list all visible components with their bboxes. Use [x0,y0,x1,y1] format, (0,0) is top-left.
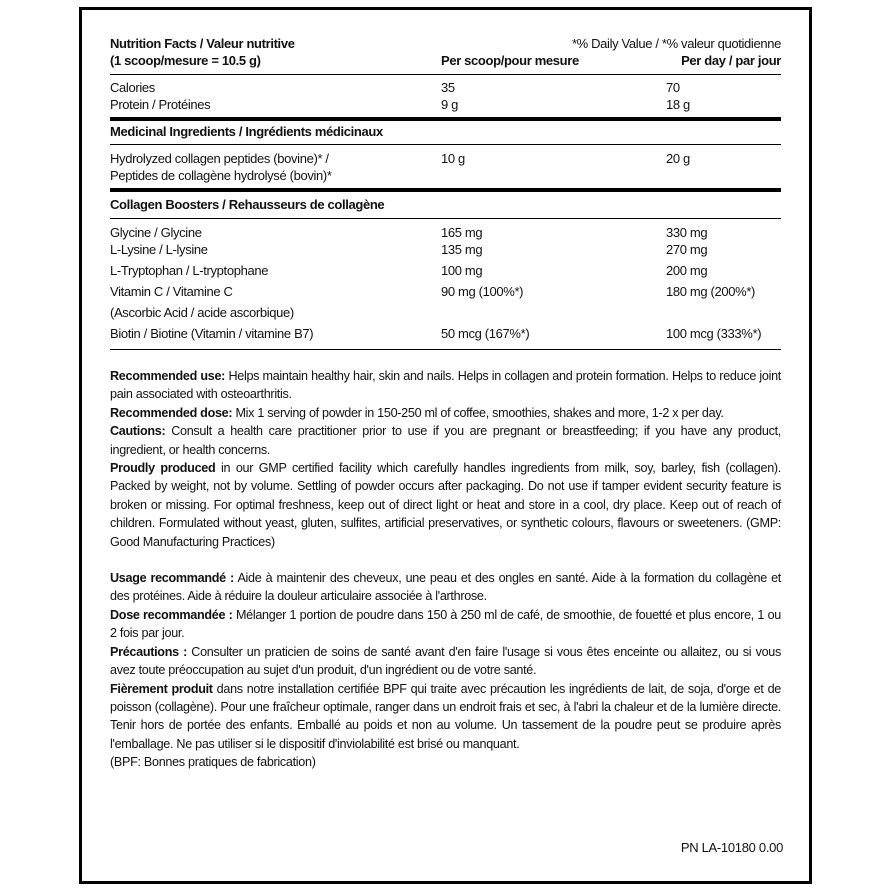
serving-size: (1 scoop/mesure = 10.5 g) [110,52,261,69]
direction-label: Usage recommandé : [110,571,234,585]
french-directions: Usage recommandé : Aide à maintenir des … [110,569,781,771]
table-row: Biotin / Biotine (Vitamin / vitamine B7)… [110,325,781,346]
row-per-day: 70 [666,79,680,96]
direction-text: Consult a health care practitioner prior… [110,424,781,456]
table-row-collagen-fr: Peptides de collagène hydrolysé (bovin)* [110,167,781,184]
section-heading-boosters: Collagen Boosters / Rehausseurs de colla… [110,196,781,213]
direction-paragraph: (BPF: Bonnes pratiques de fabrication) [110,753,781,771]
header-row-1: Nutrition Facts / Valeur nutritive *% Da… [110,35,781,52]
header-row-2: (1 scoop/mesure = 10.5 g) Per scoop/pour… [110,52,781,69]
table-row-protein: Protein / Protéines 9 g 18 g [110,96,781,113]
row-per-scoop: 35 [441,79,455,96]
table-row: Vitamin C / Vitamine C 90 mg (100%*) 180… [110,283,781,304]
row-name-sub: (Ascorbic Acid / acide ascorbique) [110,304,294,321]
direction-paragraph: Usage recommandé : Aide à maintenir des … [110,569,781,606]
row-per-scoop: 135 mg [441,241,482,258]
english-directions: Recommended use: Helps maintain healthy … [110,367,781,551]
direction-label: Précautions : [110,645,187,659]
table-row-calories: Calories 35 70 [110,79,781,96]
row-name: L-Lysine / L-lysine [110,241,208,258]
direction-paragraph: Recommended dose: Mix 1 serving of powde… [110,404,781,422]
row-per-day: 200 mg [666,262,707,279]
direction-paragraph: Cautions: Consult a health care practiti… [110,422,781,459]
direction-paragraph: Précautions : Consulter un praticien de … [110,643,781,680]
direction-paragraph: Fièrement produit dans notre installatio… [110,680,781,754]
row-name: Biotin / Biotine (Vitamin / vitamine B7) [110,325,313,342]
row-per-day: 180 mg (200%*) [666,283,755,300]
row-name: Hydrolyzed collagen peptides (bovine)* / [110,150,329,167]
row-per-day: 270 mg [666,241,707,258]
row-per-day: 18 g [666,96,690,113]
section-heading-medicinal: Medicinal Ingredients / Ingrédients médi… [110,123,781,140]
row-name: L-Tryptophan / L-tryptophane [110,262,268,279]
row-per-scoop: 90 mg (100%*) [441,283,523,300]
direction-text: Mix 1 serving of powder in 150-250 ml of… [232,406,723,420]
row-per-scoop: 165 mg [441,224,482,241]
table-row-collagen: Hydrolyzed collagen peptides (bovine)* /… [110,150,781,167]
panel-title: Nutrition Facts / Valeur nutritive [110,35,295,52]
direction-label: Dose recommandée : [110,608,233,622]
row-name: Calories [110,79,155,96]
direction-label: Cautions: [110,424,165,438]
direction-text: Consulter un praticien de soins de santé… [110,645,781,677]
row-name: Protein / Protéines [110,96,210,113]
table-row-sub: (Ascorbic Acid / acide ascorbique) [110,304,781,325]
row-per-scoop: 50 mcg (167%*) [441,325,529,342]
row-per-scoop: 9 g [441,96,458,113]
col-header-per-day: Per day / par jour [681,52,781,69]
table-row: L-Lysine / L-lysine 135 mg 270 mg [110,241,781,262]
part-number: PN LA-10180 0.00 [681,839,783,856]
row-per-day: 100 mcg (333%*) [666,325,761,342]
row-per-scoop: 10 g [441,150,465,167]
section-title: Collagen Boosters / Rehausseurs de colla… [110,196,384,213]
row-per-scoop: 100 mg [441,262,482,279]
direction-label: Proudly produced [110,461,215,475]
row-per-day: 330 mg [666,224,707,241]
direction-text: (BPF: Bonnes pratiques de fabrication) [110,755,316,769]
row-name: Vitamin C / Vitamine C [110,283,233,300]
row-name: Glycine / Glycine [110,224,202,241]
table-row: Glycine / Glycine 165 mg 330 mg [110,224,781,241]
direction-paragraph: Recommended use: Helps maintain healthy … [110,367,781,404]
direction-label: Fièrement produit [110,682,213,696]
direction-label: Recommended dose: [110,406,232,420]
nutrition-facts-panel: Nutrition Facts / Valeur nutritive *% Da… [110,35,781,772]
direction-label: Recommended use: [110,369,225,383]
row-per-day: 20 g [666,150,690,167]
table-row: L-Tryptophan / L-tryptophane 100 mg 200 … [110,262,781,283]
daily-value-note: *% Daily Value / *% valeur quotidienne [572,35,781,52]
section-title: Medicinal Ingredients / Ingrédients médi… [110,123,383,140]
direction-paragraph: Proudly produced in our GMP certified fa… [110,459,781,551]
direction-paragraph: Dose recommandée : Mélanger 1 portion de… [110,606,781,643]
row-name-fr: Peptides de collagène hydrolysé (bovin)* [110,167,332,184]
col-header-per-scoop: Per scoop/pour mesure [441,52,579,69]
